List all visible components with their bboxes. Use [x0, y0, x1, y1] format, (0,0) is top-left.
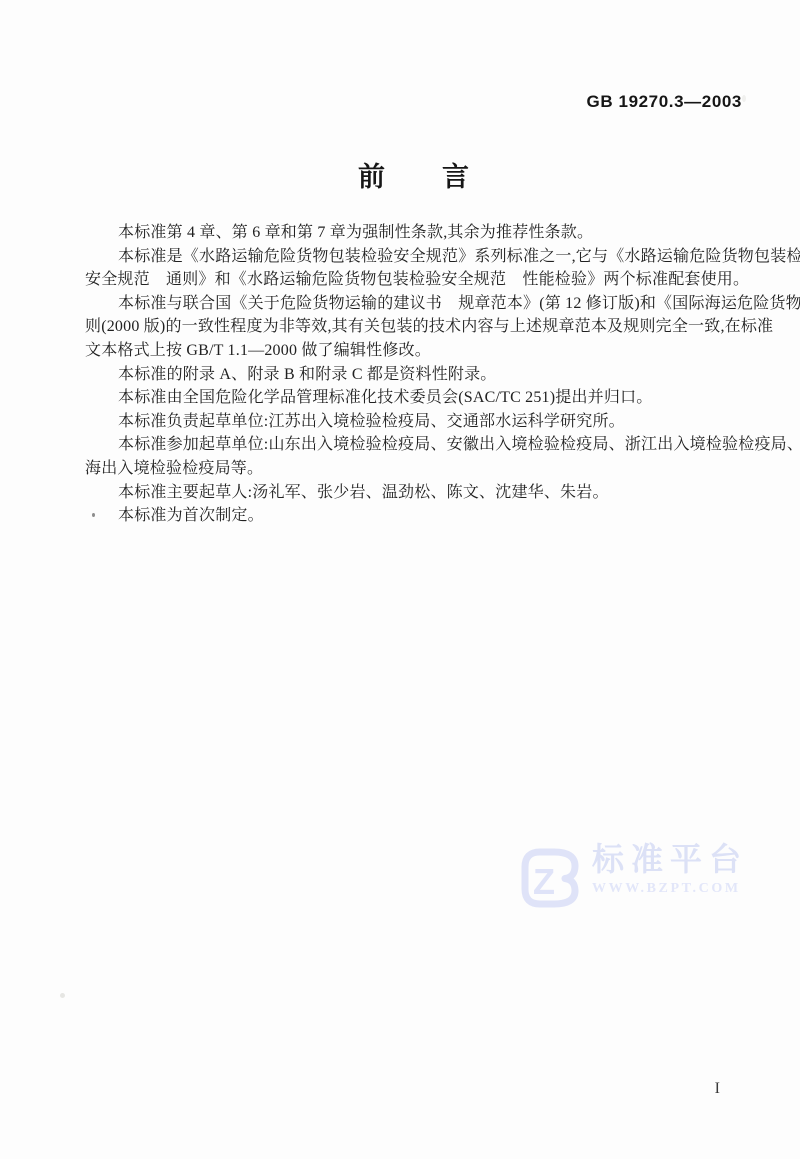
- text-line: 本标准与联合国《关于危险货物运输的建议书 规章范本》(第 12 修订版)和《国际…: [85, 292, 733, 316]
- text-line: 本标准参加起草单位:山东出入境检验检疫局、安徽出入境检验检疫局、浙江出入境检验检…: [85, 433, 733, 457]
- page-number: I: [715, 1080, 720, 1098]
- scan-speck: [92, 513, 95, 517]
- text-line: 文本格式上按 GB/T 1.1—2000 做了编辑性修改。: [85, 339, 733, 363]
- foreword-body: 本标准第 4 章、第 6 章和第 7 章为强制性条款,其余为推荐性条款。 本标准…: [85, 221, 733, 528]
- scan-speck: [742, 95, 746, 102]
- standard-code: GB 19270.3—2003: [587, 92, 743, 112]
- document-page: GB 19270.3—2003 前 言 本标准第 4 章、第 6 章和第 7 章…: [0, 0, 800, 1159]
- text-line: 本标准负责起草单位:江苏出入境检验检疫局、交通部水运科学研究所。: [85, 410, 733, 434]
- page-title: 前 言: [14, 155, 800, 194]
- text-line: 海出入境检验检疫局等。: [85, 457, 733, 481]
- text-line: 本标准由全国危险化学品管理标准化技术委员会(SAC/TC 251)提出并归口。: [85, 386, 733, 410]
- text-line: 本标准主要起草人:汤礼军、张少岩、温劲松、陈文、沈建华、朱岩。: [85, 481, 733, 505]
- text-line: 安全规范 通则》和《水路运输危险货物包装检验安全规范 性能检验》两个标准配套使用…: [85, 268, 733, 292]
- text-line: 本标准的附录 A、附录 B 和附录 C 都是资料性附录。: [85, 363, 733, 387]
- text-line: 本标准是《水路运输危险货物包装检验安全规范》系列标准之一,它与《水路运输危险货物…: [85, 245, 733, 269]
- svg-text:Z: Z: [533, 861, 555, 902]
- watermark-text: 标准平台 WWW.BZPT.COM: [592, 841, 748, 897]
- text-line: 本标准为首次制定。: [85, 504, 733, 528]
- watermark: Z 标准平台 WWW.BZPT.COM: [518, 841, 748, 909]
- bzpt-logo-icon: Z: [518, 847, 582, 909]
- text-line: 本标准第 4 章、第 6 章和第 7 章为强制性条款,其余为推荐性条款。: [85, 221, 733, 245]
- scan-speck: [60, 993, 65, 998]
- watermark-url: WWW.BZPT.COM: [592, 881, 748, 897]
- text-line: 则(2000 版)的一致性程度为非等效,其有关包装的技术内容与上述规章范本及规则…: [85, 315, 733, 339]
- watermark-name: 标准平台: [592, 841, 748, 878]
